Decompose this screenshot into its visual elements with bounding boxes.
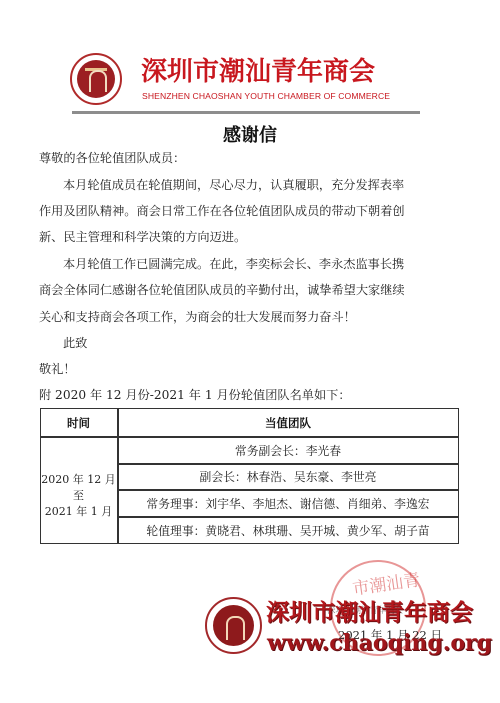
- watermark-logo: [205, 597, 262, 654]
- closing-greeting: 此致: [39, 330, 483, 357]
- paragraph2-line2: 商会全体同仁感谢各位轮值团队成员的辛勤付出，诚挚希望大家继续: [39, 277, 459, 304]
- table-header-team: 当值团队: [117, 415, 459, 431]
- paragraph1-line2: 作用及团队精神。商会日常工作在各位轮值团队成员的带动下朝着创: [39, 198, 459, 225]
- closing-salute: 敬礼！: [39, 356, 459, 383]
- table-header-time: 时间: [40, 415, 117, 431]
- watermark-org-name: 深圳市潮汕青年商会: [266, 600, 473, 626]
- table-cell-period: 2020 年 12 月至 2021 年 1 月: [40, 472, 117, 520]
- period-start: 2020 年 12 月至: [40, 472, 117, 504]
- logo-emblem-icon: [77, 60, 115, 98]
- period-end: 2021 年 1 月: [40, 504, 117, 520]
- table-row: 常务副会长：李光春: [117, 442, 459, 459]
- paragraph1-line3: 新、民主管理和科学决策的方向迈进。: [39, 224, 459, 251]
- table-row: 副会长：林春浩、吴东豪、李世亮: [117, 468, 459, 485]
- watermark-emblem-icon: [213, 605, 254, 646]
- paragraph2-line3: 关心和支持商会各项工作，为商会的壮大发展而努力奋斗！: [39, 304, 459, 331]
- table-row-divider: [117, 463, 459, 465]
- table-row: 轮值理事：黄晓君、林琪珊、吴开城、黄少军、胡子苗: [117, 522, 459, 539]
- org-name-cn: 深圳市潮汕青年商会: [141, 57, 375, 87]
- attachment-intro: 附 2020 年 12 月份-2021 年 1 月份轮值团队名单如下：: [39, 382, 459, 409]
- table-row-divider: [117, 516, 459, 518]
- table-header-divider: [40, 436, 459, 438]
- paragraph2-line1: 本月轮值工作已圆满完成。在此，李奕标会长、李永杰监事长携: [39, 251, 483, 278]
- letter-title: 感谢信: [0, 121, 500, 147]
- table-row-divider: [117, 489, 459, 491]
- paragraph1-line1: 本月轮值成员在轮值期间，尽心尽力，认真履职，充分发挥表率: [39, 172, 483, 199]
- table-row: 常务理事：刘宇华、李旭杰、谢信德、肖细弟、李逸宏: [117, 495, 459, 512]
- org-name-en: SHENZHEN CHAOSHAN YOUTH CHAMBER OF COMME…: [142, 91, 390, 101]
- watermark-url: www.chaoqing.org: [267, 631, 492, 655]
- salutation: 尊敬的各位轮值团队成员：: [39, 145, 459, 172]
- header-divider: [72, 111, 420, 114]
- org-logo: [70, 53, 122, 105]
